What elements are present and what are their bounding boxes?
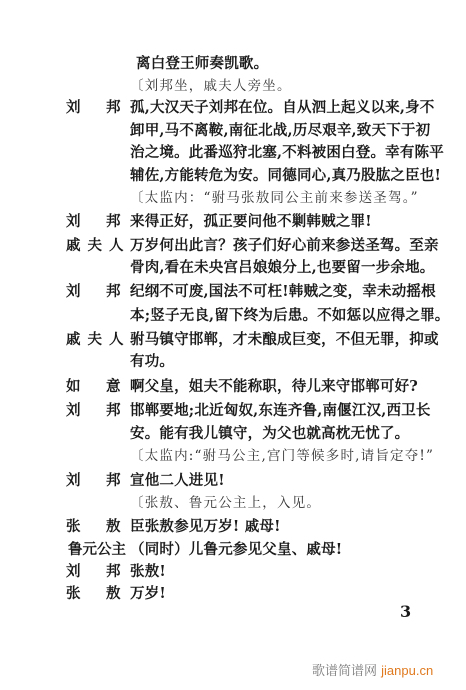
dialogue-continuation: 辅佐,方能转危为安。同德同心,真乃股肱之臣也!: [0, 166, 466, 186]
page-number: 3: [400, 602, 411, 621]
dialogue-line: 刘 邦 来得正好，孤正要问他不剿韩贼之罪!: [0, 212, 466, 232]
dialogue-continuation: 有功。: [0, 352, 466, 372]
speaker-name: 刘: [66, 471, 81, 491]
speaker-name: 刘: [66, 212, 81, 232]
line-text: 邯郸要地;北近匈奴,东连齐鲁,南偃江汉,西卫长: [130, 401, 425, 421]
dialogue-line: 刘 邦 孤,大汉天子刘邦在位。自从泗上起义以来,身不: [0, 98, 466, 118]
line-text: 治之境。此番巡狩北塞,不料被困白登。幸有陈平: [130, 143, 425, 163]
dialogue-line: 刘 邦 邯郸要地;北近匈奴,东连齐鲁,南偃江汉,西卫长: [0, 401, 466, 421]
speaker-name: 邦: [106, 471, 121, 491]
line-text: 纪纲不可废,国法不可枉!韩贼之变，幸未动摇根: [130, 282, 425, 302]
stage-text: 〔刘邦坐，戚夫人旁坐。: [130, 76, 425, 96]
line-text: 臣张敖参见万岁! 戚母!: [130, 517, 425, 537]
dialogue-line: 刘 邦 宣他二人进见!: [0, 471, 466, 491]
line-text: （同时）儿鲁元参见父皇、戚母!: [130, 540, 425, 560]
dialogue-continuation: 治之境。此番巡狩北塞,不料被困白登。幸有陈平: [0, 143, 466, 163]
speaker-name: 敖: [106, 584, 121, 604]
line-text: 离白登王师奏凯歌。: [136, 54, 431, 74]
line-text: 驸马镇守邯郸，才未酿成巨变，不但无罪，抑或: [130, 330, 425, 350]
stage-text: 〔太监内:“驸马公主,宫门等候多时,请旨定夺!”: [130, 446, 425, 466]
line-text: 骨肉,看在未央宫吕娘娘分上,也要留一步余地。: [130, 258, 425, 278]
line-text: 有功。: [130, 352, 425, 372]
line-text: 卸甲,马不离鞍,南征北战,历尽艰辛,致天下于初: [130, 121, 425, 141]
speaker-name: 鲁元公主: [68, 540, 126, 560]
speaker-name: 邦: [106, 212, 121, 232]
dialogue-continuation: 骨肉,看在未央宫吕娘娘分上,也要留一步余地。: [0, 258, 466, 278]
dialogue-line: 张 敖 万岁!: [0, 584, 466, 604]
speaker-name: 敖: [106, 517, 121, 537]
dialogue-continuation: 安。能有我儿镇守，为父也就高枕无忧了。: [0, 424, 466, 444]
speaker-name: 戚夫人: [66, 330, 126, 350]
line-text: 本;竖子无良,留下终为后患。不如惩以应得之罪。: [130, 306, 425, 326]
dialogue-line: 如 意 啊父皇，姐夫不能称职，待儿来守邯郸可好?: [0, 377, 466, 397]
speaker-name: 如: [66, 377, 81, 397]
stage-direction: 〔刘邦坐，戚夫人旁坐。: [0, 76, 466, 96]
stage-direction: 〔太监内:“驸马公主,宫门等候多时,请旨定夺!”: [0, 446, 466, 466]
speaker-name: 刘: [66, 401, 81, 421]
line-text: 万岁何出此言？孩子们好心前来参送圣驾。至亲: [130, 236, 425, 256]
dialogue-line: 刘 邦 张敖!: [0, 562, 466, 582]
line-text: 孤,大汉天子刘邦在位。自从泗上起义以来,身不: [130, 98, 425, 118]
line-text: 辅佐,方能转危为安。同德同心,真乃股肱之臣也!: [130, 166, 425, 186]
speaker-name: 刘: [66, 282, 81, 302]
speaker-name: 戚夫人: [66, 236, 126, 256]
dialogue-continuation: 本;竖子无良,留下终为后患。不如惩以应得之罪。: [0, 306, 466, 326]
speaker-name: 张: [66, 584, 81, 604]
speaker-name: 刘: [66, 562, 81, 582]
watermark-site-name: 歌谱简谱网: [312, 664, 377, 679]
line-text: 宣他二人进见!: [130, 471, 425, 491]
speaker-name: 邦: [106, 401, 121, 421]
speaker-name: 意: [106, 377, 121, 397]
dialogue-line: 鲁元公主 （同时）儿鲁元参见父皇、戚母!: [0, 540, 466, 560]
script-page: 离白登王师奏凯歌。 〔刘邦坐，戚夫人旁坐。 刘 邦 孤,大汉天子刘邦在位。自从泗…: [0, 0, 466, 690]
speaker-name: 张: [66, 517, 81, 537]
stage-text: 〔张敖、鲁元公主上，入见。: [130, 493, 425, 513]
speaker-name: 邦: [106, 98, 121, 118]
line-text: 安。能有我儿镇守，为父也就高枕无忧了。: [130, 424, 425, 444]
watermark: 歌谱简谱网 jianpu.cn: [312, 660, 433, 679]
stage-direction: 〔张敖、鲁元公主上，入见。: [0, 493, 466, 513]
line-text: 啊父皇，姐夫不能称职，待儿来守邯郸可好?: [130, 377, 425, 397]
line-text: 来得正好，孤正要问他不剿韩贼之罪!: [130, 212, 425, 232]
stage-direction: 〔太监内：“驸马张敖同公主前来参送圣驾。”: [0, 188, 466, 208]
speaker-name: 邦: [106, 562, 121, 582]
verse-line: 离白登王师奏凯歌。: [0, 54, 466, 74]
stage-text: 〔太监内：“驸马张敖同公主前来参送圣驾。”: [130, 188, 425, 208]
speaker-name: 邦: [106, 282, 121, 302]
dialogue-line: 戚夫人 驸马镇守邯郸，才未酿成巨变，不但无罪，抑或: [0, 330, 466, 350]
dialogue-line: 张 敖 臣张敖参见万岁! 戚母!: [0, 517, 466, 537]
line-text: 万岁!: [130, 584, 425, 604]
speaker-name: 刘: [66, 98, 81, 118]
line-text: 张敖!: [130, 562, 425, 582]
dialogue-continuation: 卸甲,马不离鞍,南征北战,历尽艰辛,致天下于初: [0, 121, 466, 141]
dialogue-line: 刘 邦 纪纲不可废,国法不可枉!韩贼之变，幸未动摇根: [0, 282, 466, 302]
watermark-url: jianpu.cn: [381, 663, 433, 678]
dialogue-line: 戚夫人 万岁何出此言？孩子们好心前来参送圣驾。至亲: [0, 236, 466, 256]
